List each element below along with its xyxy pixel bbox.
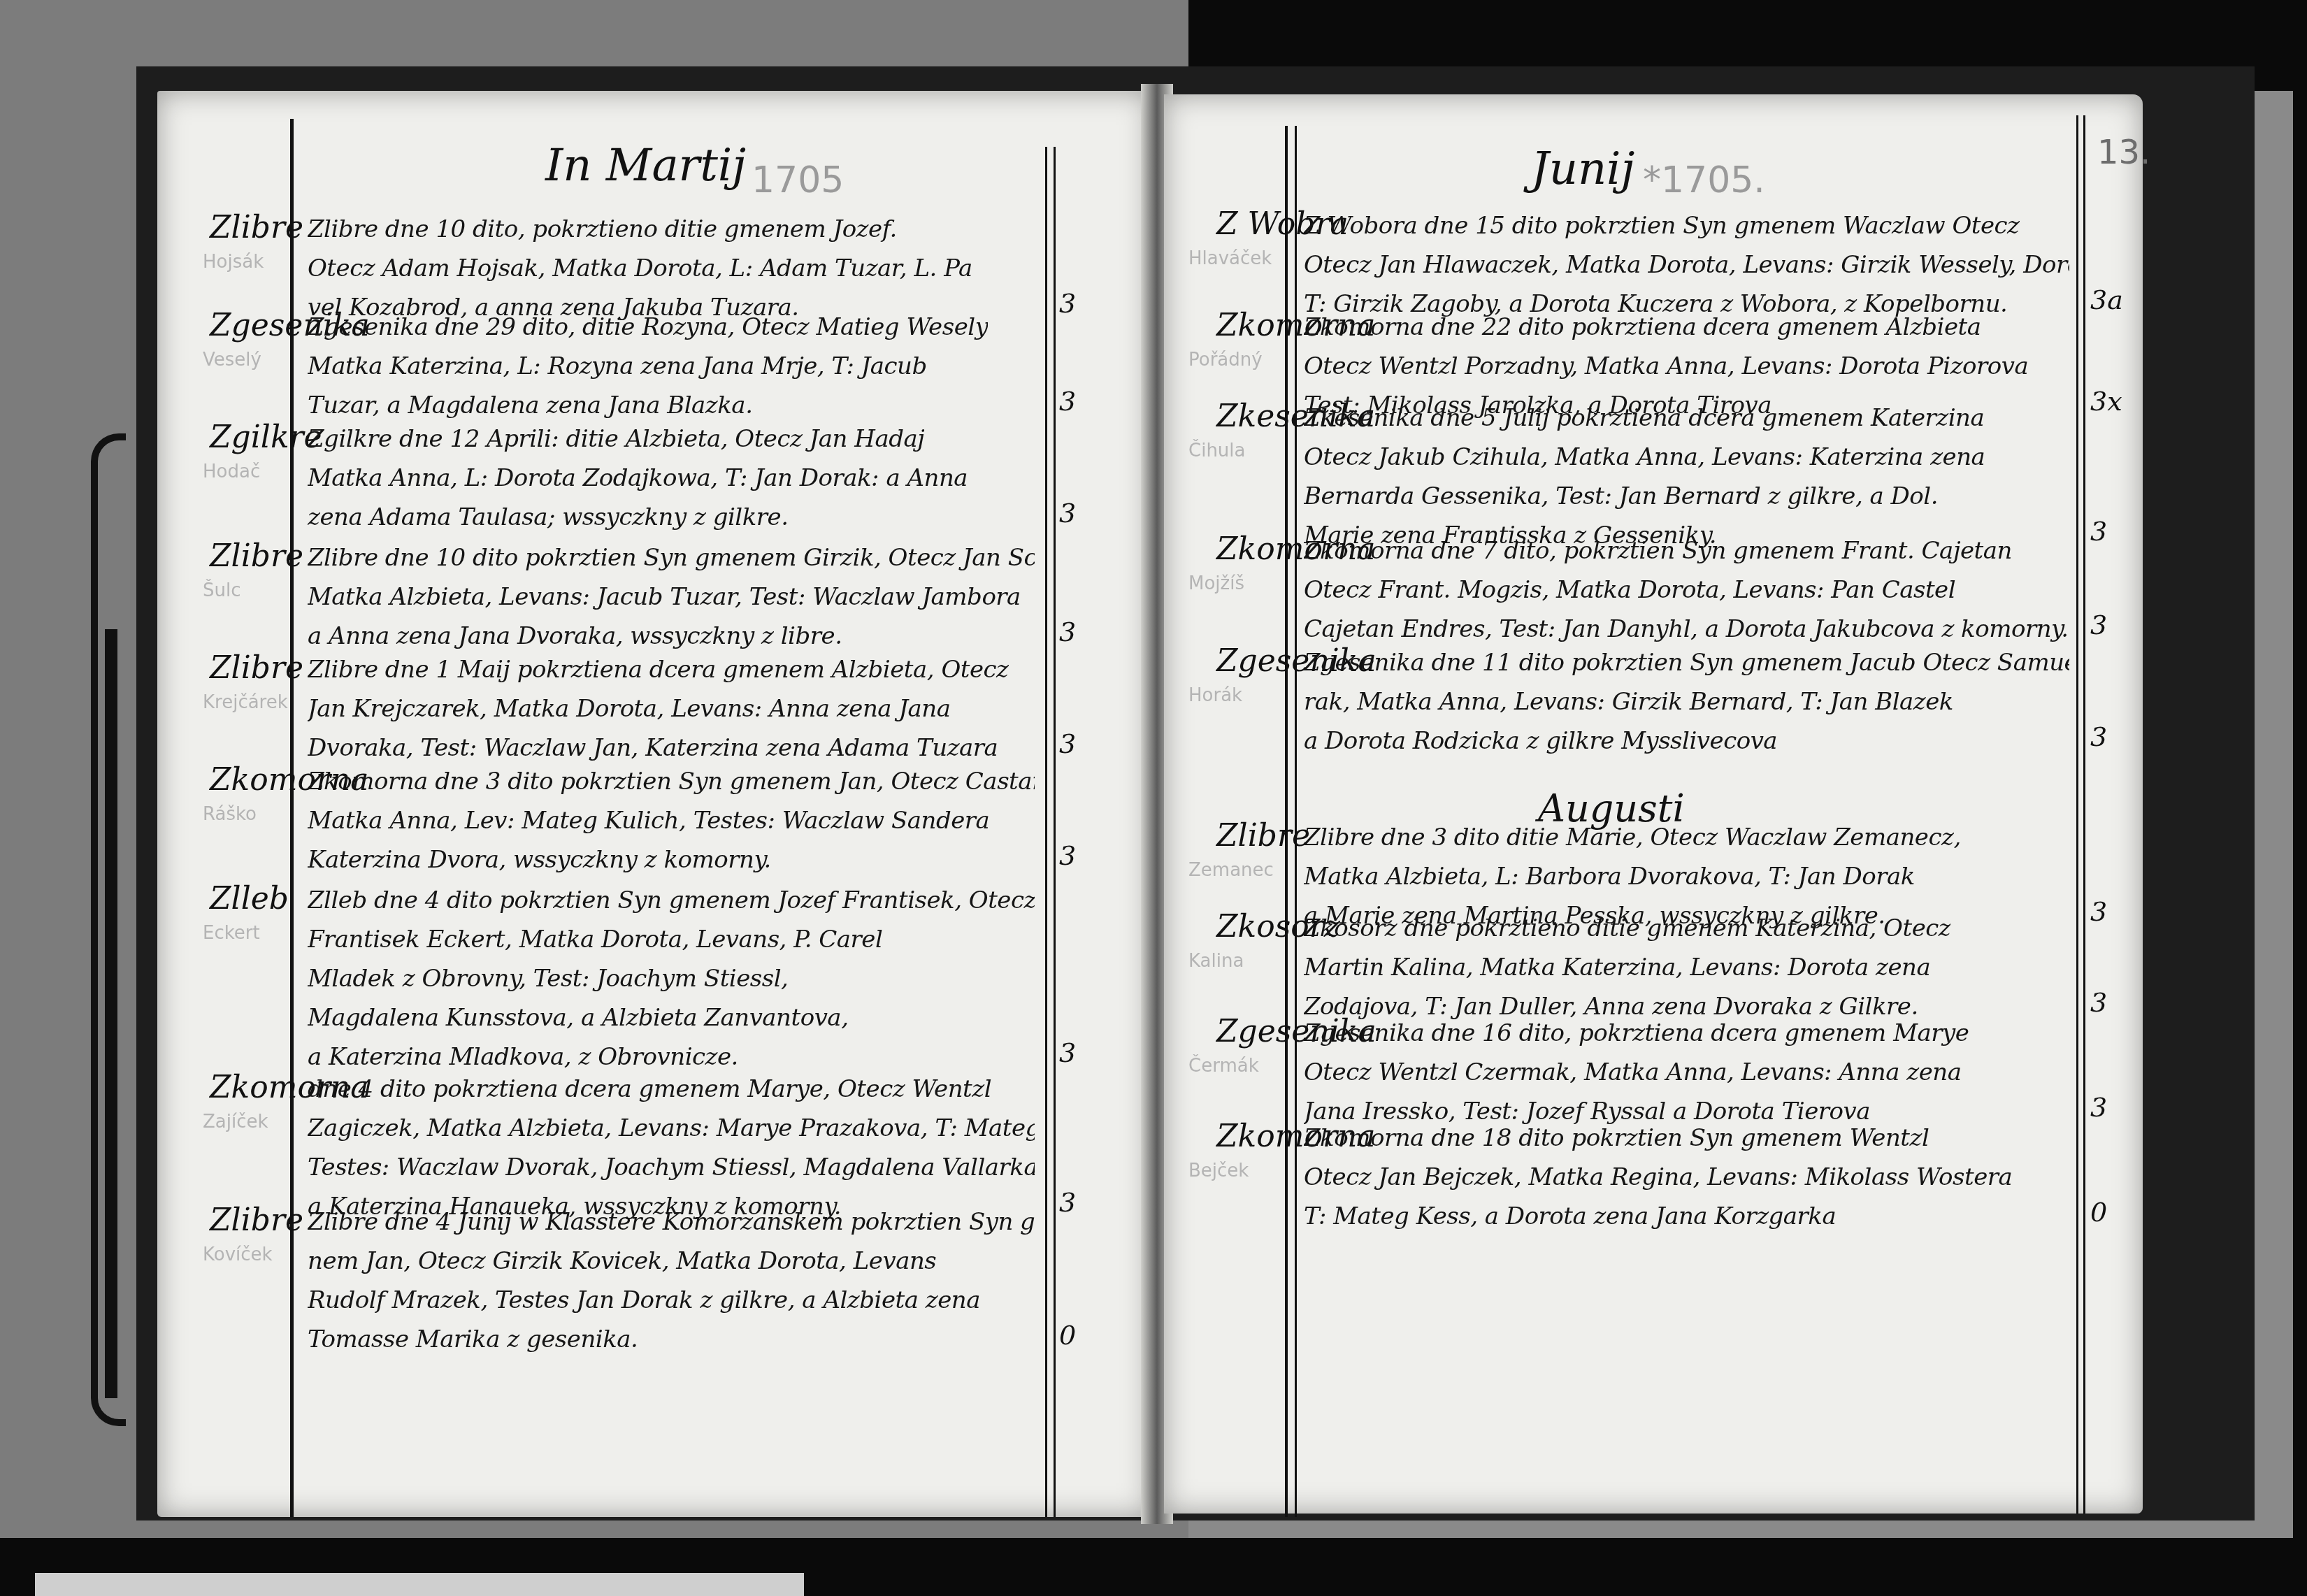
left-page-heading: In Martij [545,140,746,192]
entry-text-line: Matka Alzbieta, Levans: Jacub Tuzar, Tes… [308,583,1021,611]
entry-text-line: Matka Anna, Lev: Mateg Kulich, Testes: W… [308,807,989,835]
margin-surname-annotation: Hlaváček [1188,248,1272,269]
margin-surname-annotation: Zemanec [1188,860,1274,881]
left-page-fee-rule-1 [1045,147,1047,1517]
entry-text-line: Otecz Frant. Mogzis, Matka Dorota, Levan… [1304,576,1955,604]
entry-village: Zlibre [210,210,303,245]
entry-text-line: Zagiczek, Matka Alzbieta, Levans: Marye … [308,1114,1035,1142]
right-page-heading: Junij [1531,143,1634,195]
entry-text-line: Z Wobora dne 15 dito pokrztien Syn gmene… [1304,212,2020,240]
margin-surname-annotation: Zajíček [203,1112,268,1133]
entry-text-line: Otecz Wentzl Czermak, Matka Anna, Levans… [1304,1058,1961,1086]
margin-surname-annotation: Mojžíš [1188,573,1244,594]
entry-text-line: Otecz Jan Hlawaczek, Matka Dorota, Levan… [1304,251,2069,279]
entry-text-line: Cajetan Endres, Test: Jan Danyhl, a Doro… [1304,615,2069,643]
margin-surname-annotation: Šulc [203,580,241,601]
entry-text-line: Zkomorna dne 22 dito pokrztiena dcera gm… [1304,313,1981,341]
entry-text-line: Zlibre dne 3 dito ditie Marie, Otecz Wac… [1304,824,1961,851]
entry-text-line: Tuzar, a Magdalena zena Jana Blazka. [308,391,752,419]
entry-text-line: a Dorota Rodzicka z gilkre Mysslivecova [1304,727,1777,755]
entry-fee-mark: 3 [2090,516,2107,547]
entry-fee-mark: 3 [2090,721,2107,752]
entry-text-line: Jana Iressko, Test: Jozef Ryssal a Dorot… [1304,1098,1870,1126]
right-page-fee-rule-1 [2076,115,2078,1514]
entry-fee-mark: 3 [2090,987,2107,1018]
left-page-fee-rule-2 [1054,147,1056,1517]
margin-surname-annotation: Veselý [203,350,261,371]
margin-surname-annotation: Kalina [1188,951,1244,972]
entry-text-line: Martin Kalina, Matka Katerzina, Levans: … [1304,954,1930,982]
margin-surname-annotation: Pořádný [1188,350,1263,371]
entry-fee-mark: 3x [2090,386,2122,417]
entry-text-line: Otecz Jan Bejczek, Matka Regina, Levans:… [1304,1163,2012,1191]
entry-text-line: rak, Matka Anna, Levans: Girzik Bernard,… [1304,688,1953,716]
entry-text-line: Matka Anna, L: Dorota Zodajkowa, T: Jan … [308,464,968,492]
entry-fee-mark: 3 [1059,840,1076,871]
entry-text-line: dne 4 dito pokrztiena dcera gmenem Marye… [308,1075,991,1103]
margin-surname-annotation: Horák [1188,685,1242,706]
film-edge-strip [35,1573,804,1596]
right-page-year-stamp: *1705. [1643,159,1765,201]
entry-fee-mark: 3 [1059,1187,1076,1218]
entry-village: Zgilkre [210,419,322,455]
entry-text-line: Magdalena Kunsstova, a Alzbieta Zanvanto… [308,1004,848,1032]
entry-fee-mark: 3 [1059,288,1076,319]
entry-text-line: Zgesenika dne 29 dito, ditie Rozyna, Ote… [308,313,988,341]
entry-fee-mark: 3 [1059,1037,1076,1068]
entry-village: Zlibre [1216,818,1310,854]
entry-text-line: Tomasse Marika z gesenika. [308,1325,638,1353]
entry-fee-mark: 3 [1059,617,1076,647]
entry-village: Zlibre [210,538,303,574]
entry-text-line: Bernarda Gessenika, Test: Jan Bernard z … [1304,482,1938,510]
entry-text-line: Zgilkre dne 12 Aprili: ditie Alzbieta, O… [308,425,924,453]
folio-number: 13. [2097,133,2150,172]
left-page-year-stamp: 1705 [752,159,844,201]
entry-text-line: Frantisek Eckert, Matka Dorota, Levans, … [308,926,882,954]
entry-text-line: Zkomorna dne 7 dito, pokrztien Syn gmene… [1304,537,2012,565]
margin-surname-annotation: Ráško [203,804,257,825]
entry-text-line: Otecz Jakub Czihula, Matka Anna, Levans:… [1304,443,1985,471]
entry-text-line: Zkomorna dne 18 dito pokrztien Syn gmene… [1304,1124,1929,1152]
entry-text-line: Jan Krejczarek, Matka Dorota, Levans: An… [308,695,950,723]
margin-surname-annotation: Čermák [1188,1056,1259,1077]
entry-text-line: Otecz Wentzl Porzadny, Matka Anna, Levan… [1304,352,2028,380]
entry-text-line: Zlibre dne 10 dito pokrztien Syn gmenem … [308,544,1035,572]
entry-fee-mark: 3 [1059,386,1076,417]
entry-text-line: Zlibre dne 4 Junij w Klasstere Komorzans… [308,1208,1035,1236]
entry-text-line: Rudolf Mrazek, Testes Jan Dorak z gilkre… [308,1286,980,1314]
entry-text-line: nem Jan, Otecz Girzik Kovicek, Matka Dor… [308,1247,936,1275]
entry-text-line: Zkomorna dne 3 dito pokrztien Syn gmenem… [308,768,1035,796]
entry-text-line: Matka Alzbieta, L: Barbora Dvorakova, T:… [1304,863,1915,891]
entry-text-line: Katerzina Dvora, wssyczkny z komorny. [308,846,771,874]
entry-text-line: Zlibre dne 1 Maij pokrztiena dcera gmene… [308,656,1009,684]
entry-text-line: a Katerzina Mladkova, z Obrovnicze. [308,1043,738,1071]
entry-village: Zlibre [210,650,303,686]
entry-text-line: Zodajova, T: Jan Duller, Anna zena Dvora… [1304,993,1918,1021]
right-page-fee-rule-2 [2083,115,2085,1514]
entry-text-line: Zkesenika dne 5 Julij pokrztiena dcera g… [1304,404,1984,432]
entry-text-line: Matka Katerzina, L: Rozyna zena Jana Mrj… [308,352,927,380]
entry-fee-mark: 3 [2090,1092,2107,1123]
entry-text-line: Otecz Adam Hojsak, Matka Dorota, L: Adam… [308,254,972,282]
entry-text-line: Testes: Waczlaw Dvorak, Joachym Stiessl,… [308,1153,1035,1181]
entry-text-line: T: Mateg Kess, a Dorota zena Jana Korzga… [1304,1202,1836,1230]
entry-fee-mark: 3 [2090,610,2107,640]
margin-surname-annotation: Eckert [203,923,260,944]
entry-fee-mark: 0 [2090,1197,2107,1228]
margin-surname-annotation: Krejčárek [203,692,288,713]
margin-surname-annotation: Hodač [203,461,260,482]
entry-text-line: Zlibre dne 10 dito, pokrztieno ditie gme… [308,215,897,243]
entry-text-line: Zkosorz dne pokrztieno ditie gmenem Kate… [1304,914,1950,942]
entry-fee-mark: 0 [1059,1320,1076,1351]
margin-surname-annotation: Kovíček [203,1244,273,1265]
entry-text-line: Mladek z Obrovny, Test: Joachym Stiessl, [308,965,788,993]
entry-text-line: zena Adama Taulasa; wssyczkny z gilkre. [308,503,788,531]
entry-text-line: Zlleb dne 4 dito pokrztien Syn gmenem Jo… [308,886,1035,914]
margin-surname-annotation: Čihula [1188,440,1246,461]
entry-fee-mark: 3 [1059,728,1076,759]
entry-village: Zlibre [210,1202,303,1238]
entry-fee-mark: 3a [2090,285,2123,315]
entry-text-line: Dvoraka, Test: Waczlaw Jan, Katerzina ze… [308,734,998,762]
margin-surname-annotation: Bejček [1188,1160,1249,1181]
entry-village: Zlleb [210,881,289,916]
entry-text-line: Zgesenika dne 16 dito, pokrztiena dcera … [1304,1019,1969,1047]
entry-text-line: a Anna zena Jana Dvoraka, wssyczkny z li… [308,622,842,650]
entry-fee-mark: 3 [1059,498,1076,529]
binding-ribbon-tail [105,629,117,1398]
entry-text-line: Zgesenika dne 11 dito pokrztien Syn gmen… [1304,649,2069,677]
margin-surname-annotation: Hojsák [203,252,264,273]
entry-fee-mark: 3 [2090,896,2107,927]
